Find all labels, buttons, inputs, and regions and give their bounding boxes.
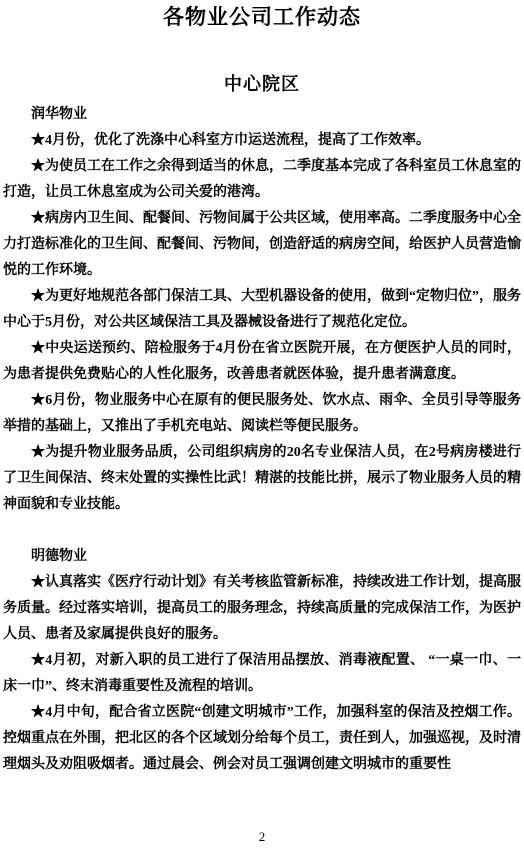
campus-heading: 中心院区: [0, 72, 524, 96]
document-title: 各物业公司工作动态: [0, 0, 524, 30]
paragraph-runhua-3: ★病房内卫生间、配餐间、污物间属于公共区域，使用率高。二季度服务中心全力打造标准…: [3, 206, 521, 284]
paragraph-mingde-2: ★4月初，对新入职的员工进行了保洁用品摆放、消毒液配置、 “一桌一巾、一床一巾”…: [3, 648, 521, 700]
paragraph-mingde-3: ★4月中旬，配合省立医院“创建文明城市”工作，加强科室的保洁及控烟工作。控烟重点…: [3, 700, 521, 778]
document-body: 润华物业 ★4月份，优化了洗涤中心科室方巾运送流程，提高了工作效率。 ★为使员工…: [3, 102, 521, 778]
paragraph-runhua-1: ★4月份，优化了洗涤中心科室方巾运送流程，提高了工作效率。: [3, 128, 521, 154]
page-number: 2: [0, 829, 524, 844]
section-heading-runhua: 润华物业: [3, 102, 521, 128]
document-page: 各物业公司工作动态 中心院区 润华物业 ★4月份，优化了洗涤中心科室方巾运送流程…: [0, 0, 524, 849]
paragraph-runhua-7: ★为提升物业服务品质，公司组织病房的20名专业保洁人员，在2号病房楼进行了卫生间…: [3, 440, 521, 518]
paragraph-mingde-1: ★认真落实《医疗行动计划》有关考核监管新标准，持续改进工作计划，提高服务质量。经…: [3, 570, 521, 648]
paragraph-runhua-6: ★6月份，物业服务中心在原有的便民服务处、饮水点、雨伞、全员引导等服务举措的基础…: [3, 388, 521, 440]
paragraph-runhua-5: ★中央运送预约、陪检服务于4月份在省立医院开展，在方便医护人员的同时，为患者提供…: [3, 336, 521, 388]
paragraph-runhua-2: ★为使员工在工作之余得到适当的休息，二季度基本完成了各科室员工休息室的打造，让员…: [3, 154, 521, 206]
section-heading-mingde: 明德物业: [3, 544, 521, 570]
paragraph-runhua-4: ★为更好地规范各部门保洁工具、大型机器设备的使用，做到“定物归位”，服务中心于5…: [3, 284, 521, 336]
